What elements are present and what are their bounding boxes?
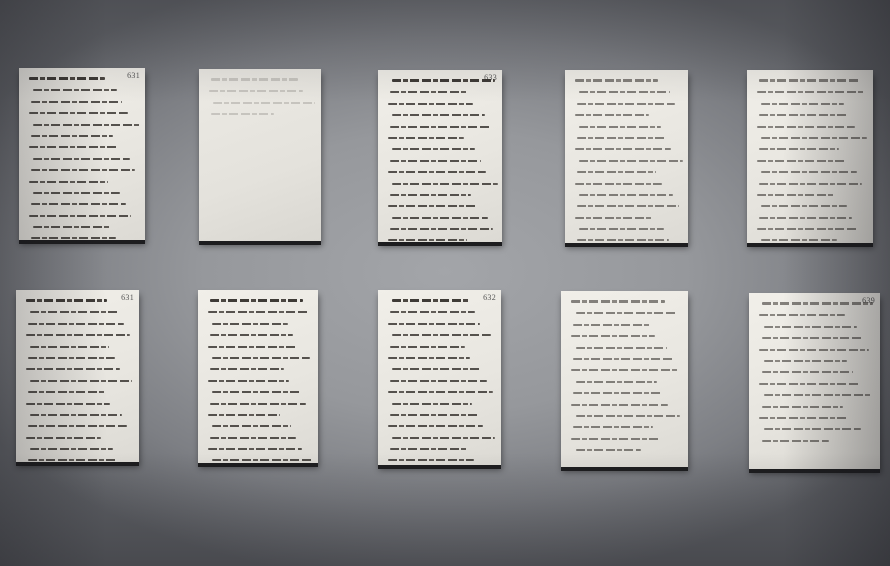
handwriting [388, 299, 494, 465]
handwritten-line [390, 160, 481, 162]
handwritten-line [392, 403, 472, 405]
handwritten-line [762, 406, 843, 408]
handwriting [388, 79, 495, 242]
handwritten-line [576, 347, 668, 349]
handwritten-line [392, 368, 482, 370]
handwritten-line [28, 323, 124, 325]
handwritten-line [29, 146, 118, 148]
handwritten-line [388, 425, 483, 427]
handwritten-line [31, 101, 122, 103]
handwritten-line [579, 194, 673, 196]
handwritten-line [28, 391, 105, 393]
handwriting [208, 299, 311, 463]
handwritten-line [212, 459, 313, 461]
handwritten-line [761, 137, 866, 139]
handwritten-line [575, 79, 659, 82]
handwritten-line [573, 426, 653, 428]
handwritten-line [392, 114, 485, 116]
handwritten-line [388, 357, 471, 359]
handwritten-line [212, 391, 301, 393]
handwritten-line [571, 438, 658, 440]
handwritten-line [209, 90, 303, 92]
handwritten-line [764, 360, 847, 362]
handwritten-line [390, 448, 468, 450]
handwritten-line [388, 391, 493, 393]
handwritten-line [208, 448, 302, 450]
handwritten-line [575, 183, 662, 185]
handwritten-line [29, 215, 131, 217]
handwritten-line [33, 192, 120, 194]
handwritten-line [208, 311, 308, 313]
handwritten-line [390, 194, 471, 196]
handwritten-line [757, 228, 858, 230]
handwritten-line [30, 448, 113, 450]
handwritten-line [759, 79, 859, 82]
handwritten-line [577, 103, 675, 105]
handwritten-line [31, 169, 135, 171]
handwritten-line [764, 326, 858, 328]
handwritten-line [759, 217, 852, 219]
handwritten-line [392, 183, 498, 185]
handwriting [757, 79, 865, 243]
gallery-wall: 631 633 631 632 639 [0, 0, 890, 566]
handwritten-line [30, 414, 122, 416]
handwritten-line [26, 299, 107, 302]
handwritten-line [210, 368, 284, 370]
handwritten-line [573, 358, 672, 360]
handwritten-line [29, 77, 105, 80]
handwritten-line [579, 126, 660, 128]
handwriting [759, 302, 872, 451]
manuscript-page-r1-1: 631 [19, 68, 145, 240]
handwritten-line [761, 171, 856, 173]
handwritten-line [390, 380, 487, 382]
handwritten-line [571, 404, 668, 406]
handwritten-line [210, 437, 297, 439]
handwritten-line [388, 205, 477, 207]
handwritten-line [759, 148, 839, 150]
handwritten-line [759, 183, 862, 185]
handwritten-line [571, 369, 678, 371]
handwritten-line [579, 91, 670, 93]
handwritten-line [211, 78, 298, 81]
manuscript-page-r1-5 [747, 70, 873, 243]
handwritten-line [577, 239, 669, 241]
handwritten-line [211, 113, 274, 115]
handwritten-line [764, 394, 871, 396]
handwritten-line [28, 357, 115, 359]
handwritten-line [761, 103, 843, 105]
handwritten-line [575, 217, 652, 219]
handwritten-line [576, 312, 678, 314]
handwritten-line [29, 112, 128, 114]
handwriting [575, 79, 681, 243]
handwritten-line [388, 103, 473, 105]
handwritten-line [26, 403, 111, 405]
handwritten-line [576, 449, 642, 451]
handwritten-line [759, 349, 868, 351]
handwritten-line [573, 392, 663, 394]
handwritten-line [31, 203, 125, 205]
handwritten-line [30, 380, 132, 382]
handwritten-line [390, 228, 493, 230]
handwritten-line [392, 148, 475, 150]
manuscript-page-r2-5: 639 [749, 293, 880, 469]
handwritten-line [577, 137, 666, 139]
handwritten-line [388, 171, 486, 173]
handwritten-line [764, 428, 861, 430]
handwritten-line [579, 160, 683, 162]
handwritten-line [392, 299, 469, 302]
handwritten-line [390, 346, 465, 348]
handwritten-line [26, 368, 120, 370]
handwritten-line [208, 414, 280, 416]
handwritten-line [31, 237, 116, 239]
handwritten-line [757, 91, 864, 93]
handwritten-line [761, 239, 837, 241]
handwritten-line [762, 440, 830, 442]
manuscript-page-r1-2 [199, 69, 321, 241]
handwritten-line [388, 323, 480, 325]
handwritten-line [759, 314, 845, 316]
handwritten-line [30, 311, 119, 313]
handwritten-line [33, 124, 139, 126]
handwritten-line [759, 114, 849, 116]
handwritten-line [390, 91, 468, 93]
handwritten-line [388, 137, 464, 139]
handwritten-line [210, 334, 294, 336]
handwritten-line [757, 126, 855, 128]
handwritten-line [26, 334, 130, 336]
handwriting [29, 77, 137, 240]
handwritten-line [212, 357, 310, 359]
handwritten-line [28, 425, 127, 427]
handwritten-line [28, 459, 118, 461]
handwritten-line [571, 335, 655, 337]
manuscript-page-r2-4 [561, 291, 688, 467]
handwritten-line [213, 102, 315, 104]
handwritten-line [573, 324, 649, 326]
handwritten-line [392, 334, 491, 336]
handwritten-line [576, 415, 681, 417]
handwritten-line [575, 148, 671, 150]
handwritten-line [33, 226, 110, 228]
handwritten-line [212, 425, 291, 427]
manuscript-page-r1-3: 633 [378, 70, 502, 242]
handwritten-line [575, 114, 649, 116]
handwritten-line [33, 158, 129, 160]
handwritten-line [208, 380, 290, 382]
manuscript-page-r2-2 [198, 290, 318, 463]
handwritten-line [390, 414, 478, 416]
handwritten-line [210, 403, 306, 405]
handwriting [209, 78, 314, 125]
handwriting [571, 300, 680, 460]
handwritten-line [30, 346, 109, 348]
handwritten-line [761, 205, 847, 207]
handwritten-line [388, 239, 467, 241]
manuscript-page-r2-3: 632 [378, 290, 501, 465]
handwritten-line [29, 181, 108, 183]
manuscript-page-r2-1: 631 [16, 290, 139, 462]
handwritten-line [392, 79, 494, 82]
handwritten-line [392, 217, 488, 219]
handwritten-line [392, 437, 495, 439]
handwritten-line [757, 160, 845, 162]
handwritten-line [757, 194, 835, 196]
handwritten-line [208, 346, 299, 348]
handwritten-line [571, 300, 665, 303]
handwriting [26, 299, 132, 462]
handwritten-line [33, 89, 116, 91]
handwritten-line [31, 135, 112, 137]
handwritten-line [212, 323, 288, 325]
handwritten-line [26, 437, 101, 439]
handwritten-line [210, 299, 303, 302]
handwritten-line [579, 228, 664, 230]
handwritten-line [390, 311, 475, 313]
handwritten-line [577, 171, 656, 173]
manuscript-page-r1-4 [565, 70, 688, 243]
handwritten-line [390, 126, 490, 128]
handwritten-line [576, 381, 658, 383]
handwritten-line [762, 337, 863, 339]
handwritten-line [762, 302, 874, 305]
handwritten-line [388, 459, 474, 461]
handwritten-line [577, 205, 679, 207]
handwritten-line [759, 383, 858, 385]
handwritten-line [759, 417, 848, 419]
handwritten-line [762, 371, 853, 373]
